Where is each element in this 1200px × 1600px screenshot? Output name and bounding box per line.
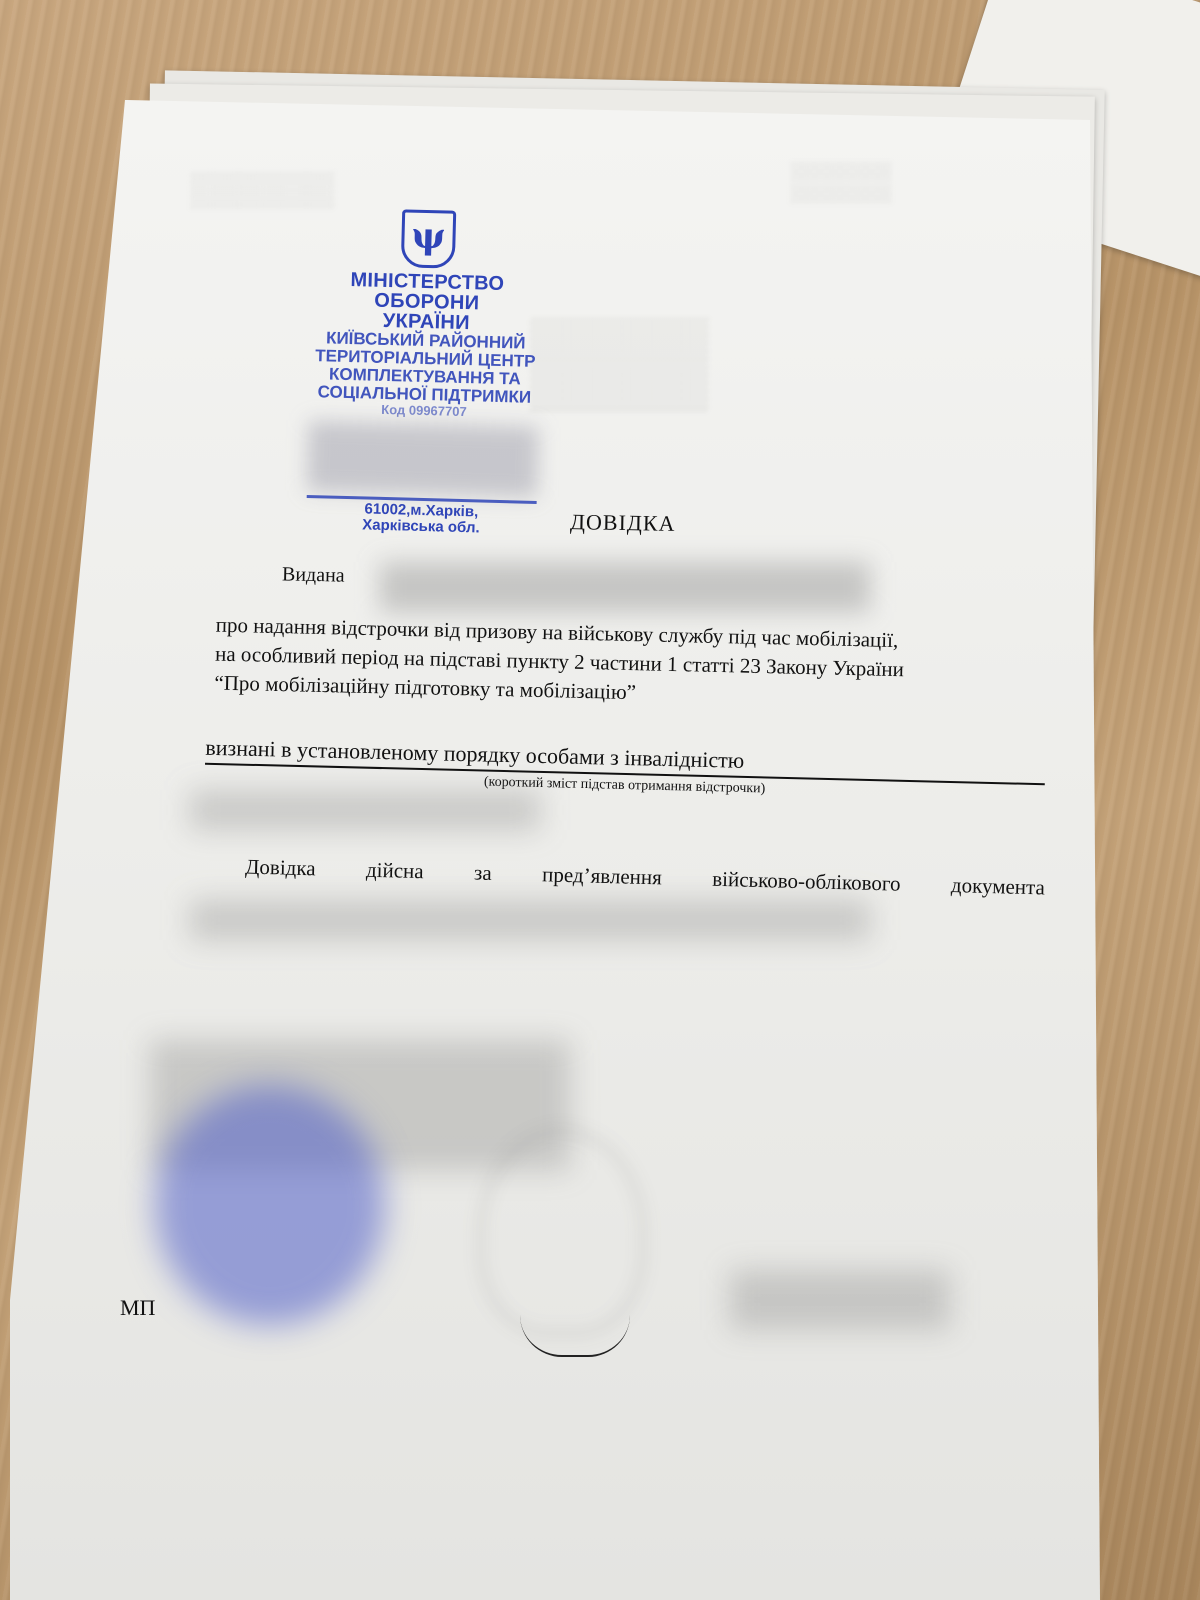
validity-word: документа: [951, 873, 1046, 900]
ukraine-trident-icon: [401, 209, 456, 268]
show-through-text: ▒▒▒▒▒▒▒▒▒▒▒▒: [530, 315, 709, 411]
validity-word: за: [474, 861, 492, 886]
redacted-signatory-name: [730, 1270, 950, 1330]
show-through-text: ▒▒▒▒▒▒▒▒▒▒▒▒▒▒▒▒: [790, 160, 892, 204]
stamp-ministry: МІНІСТЕРСТВО ОБОРОНИ: [297, 269, 558, 316]
redacted-text: [190, 790, 540, 830]
seal-place-label: МП: [120, 1295, 155, 1321]
show-through-text: ▒▒▒▒▒▒: [190, 170, 335, 209]
certificate-page: ▒▒▒▒▒▒ ▒▒▒▒▒▒▒▒▒▒▒▒▒▒▒▒ ▒▒▒▒▒▒▒▒▒▒▒▒ МІН…: [10, 100, 1100, 1600]
signature-stroke: [520, 1315, 630, 1357]
validity-word: Довідка: [245, 855, 316, 882]
deferment-statement: про надання відстрочки від призову на ві…: [214, 611, 1046, 717]
redacted-text: [190, 900, 870, 940]
redacted-recipient-name: [380, 562, 870, 612]
validity-word: військово-облікового: [712, 867, 901, 897]
signature: [480, 1130, 644, 1334]
round-seal: [155, 1085, 385, 1325]
issued-label: Видана: [282, 563, 345, 587]
validity-word: пред’явлення: [542, 862, 662, 890]
validity-statement: Довідка дійсна за пред’явлення військово…: [245, 855, 1045, 901]
document-title: ДОВІДКА: [570, 509, 676, 537]
redacted-stamp-details: [307, 421, 539, 497]
official-stamp: МІНІСТЕРСТВО ОБОРОНИ УКРАЇНИ КИЇВСЬКИЙ Р…: [291, 207, 559, 539]
validity-word: дійсна: [366, 858, 424, 885]
